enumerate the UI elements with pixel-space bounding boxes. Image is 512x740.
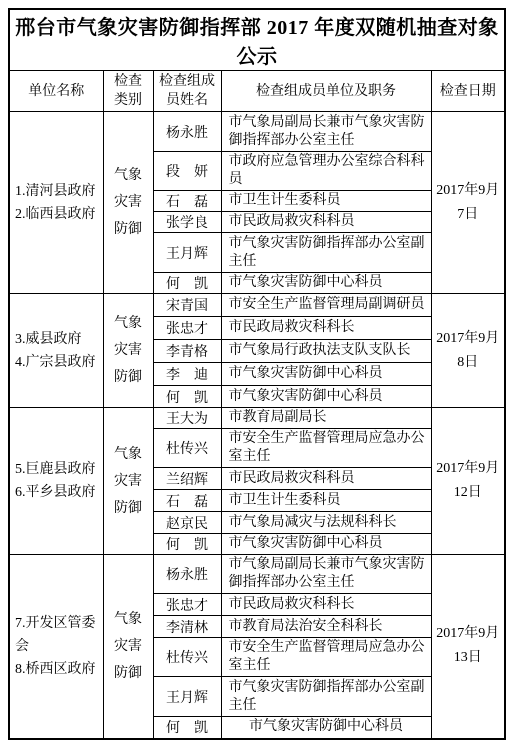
member-duty-cell: 市气象灾害防御指挥部办公室副主任 (221, 677, 431, 717)
member-duty-cell: 市气象灾害防御指挥部办公室副主任 (221, 233, 431, 273)
member-duty-cell: 市气象灾害防御中心科员 (221, 534, 431, 555)
table-row: 3.威县政府 4.广宗县政府 气象 灾害 防御 宋青国 市安全生产监督管理局副调… (9, 294, 505, 317)
member-duty-cell: 市气象局行政执法支队支队长 (221, 340, 431, 363)
unit-cell: 7.开发区管委会 8.桥西区政府 (9, 555, 103, 739)
member-duty-cell: 市气象局减灾与法规科科长 (221, 512, 431, 534)
member-duty-cell: 市卫生计生委科员 (221, 191, 431, 212)
member-name-cell: 石 磊 (153, 490, 221, 512)
member-name-cell: 杨永胜 (153, 112, 221, 152)
member-name-cell: 李 迪 (153, 363, 221, 386)
inspection-table: 邢台市气象灾害防御指挥部 2017 年度双随机抽查对象公示 单位名称 检查 类别… (8, 8, 506, 740)
category-cell: 气象 灾害 防御 (103, 112, 153, 294)
member-name-cell: 张学良 (153, 212, 221, 233)
member-name-cell: 赵京民 (153, 512, 221, 534)
date-cell: 2017年9月 13日 (431, 555, 505, 739)
table-row: 7.开发区管委会 8.桥西区政府 气象 灾害 防御 杨永胜 市气象局副局长兼市气… (9, 555, 505, 594)
page-title: 邢台市气象灾害防御指挥部 2017 年度双随机抽查对象公示 (9, 9, 505, 71)
member-name-cell: 石 磊 (153, 191, 221, 212)
table-row: 5.巨鹿县政府 6.平乡县政府 气象 灾害 防御 王大为 市教育局副局长 201… (9, 408, 505, 429)
member-name-cell: 何 凯 (153, 273, 221, 294)
member-duty-cell: 市教育局法治安全科科长 (221, 616, 431, 638)
member-name-cell: 张忠才 (153, 594, 221, 616)
column-header-member-duty: 检查组成员单位及职务 (221, 71, 431, 112)
member-duty-cell: 市安全生产监督管理局应急办公室主任 (221, 429, 431, 468)
unit-cell: 5.巨鹿县政府 6.平乡县政府 (9, 408, 103, 555)
column-header-category: 检查 类别 (103, 71, 153, 112)
member-duty-cell: 市气象灾害防御中心科员 (221, 386, 431, 408)
member-duty-cell: 市卫生计生委科员 (221, 490, 431, 512)
member-name-cell: 王月辉 (153, 677, 221, 717)
table-row: 1.清河县政府 2.临西县政府 气象 灾害 防御 杨永胜 市气象局副局长兼市气象… (9, 112, 505, 152)
member-name-cell: 何 凯 (153, 386, 221, 408)
member-name-cell: 何 凯 (153, 717, 221, 739)
member-duty-cell: 市民政局救灾科科员 (221, 468, 431, 490)
member-name-cell: 兰绍辉 (153, 468, 221, 490)
member-name-cell: 李清林 (153, 616, 221, 638)
member-name-cell: 段 妍 (153, 152, 221, 191)
unit-cell: 3.威县政府 4.广宗县政府 (9, 294, 103, 408)
column-header-member-name: 检查组成 员姓名 (153, 71, 221, 112)
date-cell: 2017年9月 8日 (431, 294, 505, 408)
member-duty-cell: 市教育局副局长 (221, 408, 431, 429)
member-name-cell: 杜传兴 (153, 638, 221, 677)
category-cell: 气象 灾害 防御 (103, 294, 153, 408)
date-cell: 2017年9月 7日 (431, 112, 505, 294)
member-name-cell: 杜传兴 (153, 429, 221, 468)
announcement-document: 邢台市气象灾害防御指挥部 2017 年度双随机抽查对象公示 单位名称 检查 类别… (0, 0, 512, 699)
member-name-cell: 王月辉 (153, 233, 221, 273)
member-duty-cell: 市民政局救灾科科长 (221, 317, 431, 340)
member-duty-cell: 市政府应急管理办公室综合科科员 (221, 152, 431, 191)
member-duty-cell: 市气象灾害防御中心科员 (221, 363, 431, 386)
column-header-unit: 单位名称 (9, 71, 103, 112)
unit-cell: 1.清河县政府 2.临西县政府 (9, 112, 103, 294)
member-name-cell: 杨永胜 (153, 555, 221, 594)
member-name-cell: 王大为 (153, 408, 221, 429)
member-duty-cell: 市气象灾害防御中心科员 (221, 273, 431, 294)
category-cell: 气象 灾害 防御 (103, 555, 153, 739)
member-duty-cell: 市气象局副局长兼市气象灾害防御指挥部办公室主任 (221, 112, 431, 152)
member-name-cell: 何 凯 (153, 534, 221, 555)
member-duty-cell: 市安全生产监督管理局应急办公室主任 (221, 638, 431, 677)
date-cell: 2017年9月 12日 (431, 408, 505, 555)
title-row: 邢台市气象灾害防御指挥部 2017 年度双随机抽查对象公示 (9, 9, 505, 71)
member-duty-cell: 市气象灾害防御中心科员 (221, 717, 431, 739)
member-duty-cell: 市安全生产监督管理局副调研员 (221, 294, 431, 317)
category-cell: 气象 灾害 防御 (103, 408, 153, 555)
member-duty-cell: 市民政局救灾科科长 (221, 594, 431, 616)
member-name-cell: 张忠才 (153, 317, 221, 340)
member-duty-cell: 市气象局副局长兼市气象灾害防御指挥部办公室主任 (221, 555, 431, 594)
member-name-cell: 李青格 (153, 340, 221, 363)
member-duty-cell: 市民政局救灾科科员 (221, 212, 431, 233)
member-name-cell: 宋青国 (153, 294, 221, 317)
header-row: 单位名称 检查 类别 检查组成 员姓名 检查组成员单位及职务 检查日期 (9, 71, 505, 112)
column-header-date: 检查日期 (431, 71, 505, 112)
